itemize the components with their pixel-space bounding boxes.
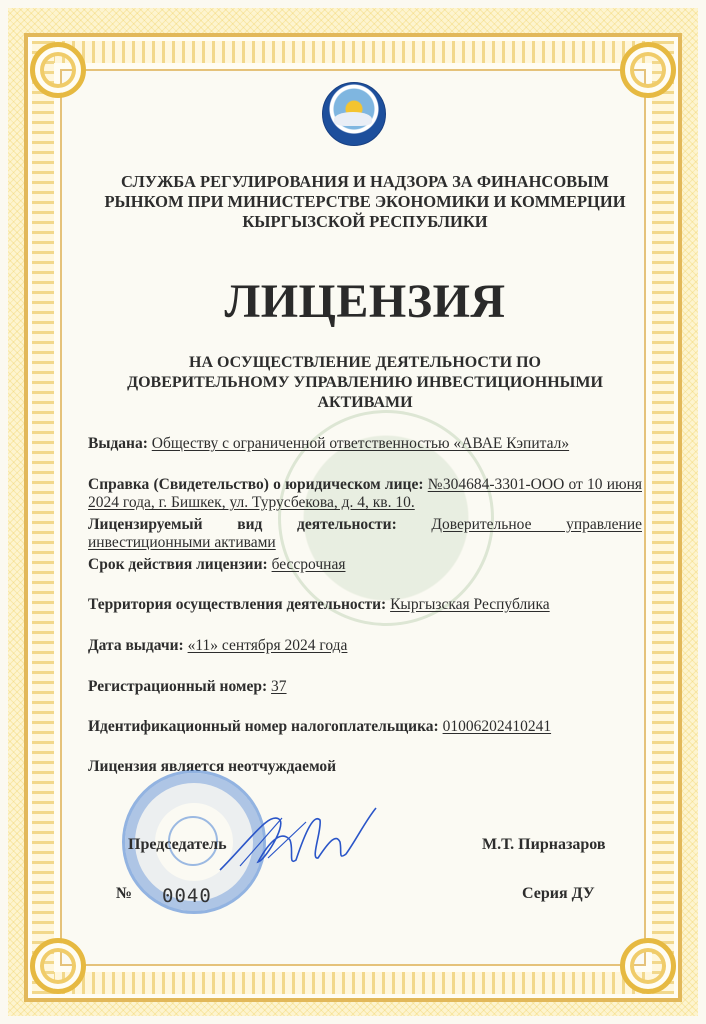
signatory-position: Председатель <box>128 836 227 854</box>
field-label: Регистрационный номер: <box>88 678 267 695</box>
field-validity: Срок действия лицензии: бессрочная <box>88 556 642 574</box>
field-activity: Лицензируемый вид деятельности: Доверите… <box>88 516 642 552</box>
issuer-heading: СЛУЖБА РЕГУЛИРОВАНИЯ И НАДЗОРА ЗА ФИНАНС… <box>88 172 642 232</box>
corner-ornament-icon <box>30 938 86 994</box>
falcon-emblem-icon <box>334 112 372 126</box>
field-label: Лицензируемый вид деятельности: <box>88 516 397 533</box>
field-territory: Территория осуществления деятельности: К… <box>88 596 642 614</box>
field-tax-id: Идентификационный номер налогоплательщик… <box>88 718 642 736</box>
field-certificate: Справка (Свидетельство) о юридическом ли… <box>88 476 642 512</box>
field-value: «11» сентября 2024 года <box>188 637 348 654</box>
issuer-line: КЫРГЫЗСКОЙ РЕСПУБЛИКИ <box>88 212 642 232</box>
subtitle-line: ДОВЕРИТЕЛЬНОМУ УПРАВЛЕНИЮ ИНВЕСТИЦИОННЫМ… <box>88 373 642 393</box>
license-series: Серия ДУ <box>522 885 595 903</box>
license-number: 0040 <box>162 885 212 907</box>
field-label: Дата выдачи: <box>88 637 184 654</box>
field-label: Территория осуществления деятельности: <box>88 596 386 613</box>
subtitle-line: АКТИВАМИ <box>88 393 642 413</box>
number-prefix: № <box>116 885 132 903</box>
field-value: 01006202410241 <box>443 718 552 735</box>
field-label: Идентификационный номер налогоплательщик… <box>88 718 439 735</box>
issuer-line: СЛУЖБА РЕГУЛИРОВАНИЯ И НАДЗОРА ЗА ФИНАНС… <box>88 172 642 192</box>
signature-icon <box>210 800 380 880</box>
document-title: ЛИЦЕНЗИЯ <box>88 276 642 328</box>
corner-ornament-icon <box>30 42 86 98</box>
issuer-line: РЫНКОМ ПРИ МИНИСТЕРСТВЕ ЭКОНОМИКИ И КОММ… <box>88 192 642 212</box>
document-subtitle: НА ОСУЩЕСТВЛЕНИЕ ДЕЯТЕЛЬНОСТИ ПО ДОВЕРИТ… <box>88 353 642 413</box>
signatory-name: М.Т. Пирназаров <box>482 836 606 854</box>
field-value: 37 <box>271 678 287 695</box>
field-issue-date: Дата выдачи: «11» сентября 2024 года <box>88 637 642 655</box>
field-label: Срок действия лицензии: <box>88 556 268 573</box>
field-value: Кыргызская Республика <box>390 596 550 613</box>
subtitle-line: НА ОСУЩЕСТВЛЕНИЕ ДЕЯТЕЛЬНОСТИ ПО <box>88 353 642 373</box>
field-registration-number: Регистрационный номер: 37 <box>88 678 642 696</box>
field-label: Выдана: <box>88 435 148 452</box>
field-label: Справка (Свидетельство) о юридическом ли… <box>88 476 424 493</box>
field-value: Обществу с ограниченной ответственностью… <box>152 435 569 452</box>
field-value: бессрочная <box>272 556 346 573</box>
field-issued-to: Выдана: Обществу с ограниченной ответств… <box>88 435 642 453</box>
